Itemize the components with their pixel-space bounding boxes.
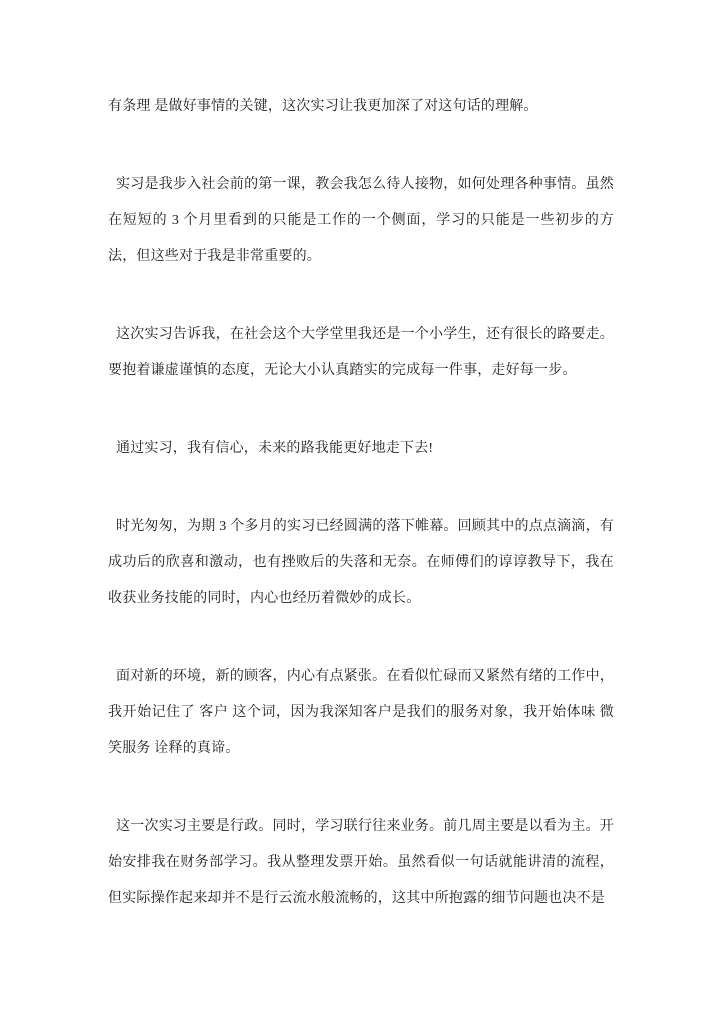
paragraph: 通过实习，我有信心，未来的路我能更好地走下去! — [108, 431, 614, 467]
paragraph: 面对新的环境，新的顾客，内心有点紧张。在看似忙碌而又紧然有绪的工作中，我开始记住… — [108, 659, 614, 767]
document-body: 有条理 是做好事情的关键，这次实习让我更加深了对这句话的理解。实习是我步入社会前… — [108, 89, 614, 959]
paragraph: 这次实习告诉我，在社会这个大学堂里我还是一个小学生，还有很长的路要走。要抱着谦虚… — [108, 317, 614, 389]
document-page: 有条理 是做好事情的关键，这次实习让我更加深了对这句话的理解。实习是我步入社会前… — [0, 0, 721, 1020]
paragraph: 实习是我步入社会前的第一课，教会我怎么待人接物，如何处理各种事情。虽然在短短的 … — [108, 167, 614, 275]
paragraph: 这一次实习主要是行政。同时，学习联行往来业务。前几周主要是以看为主。开始安排我在… — [108, 809, 614, 917]
paragraph: 时光匆匆，为期 3 个多月的实习已经圆满的落下帷幕。回顾其中的点点滴滴，有成功后… — [108, 509, 614, 617]
paragraph: 有条理 是做好事情的关键，这次实习让我更加深了对这句话的理解。 — [108, 89, 614, 125]
